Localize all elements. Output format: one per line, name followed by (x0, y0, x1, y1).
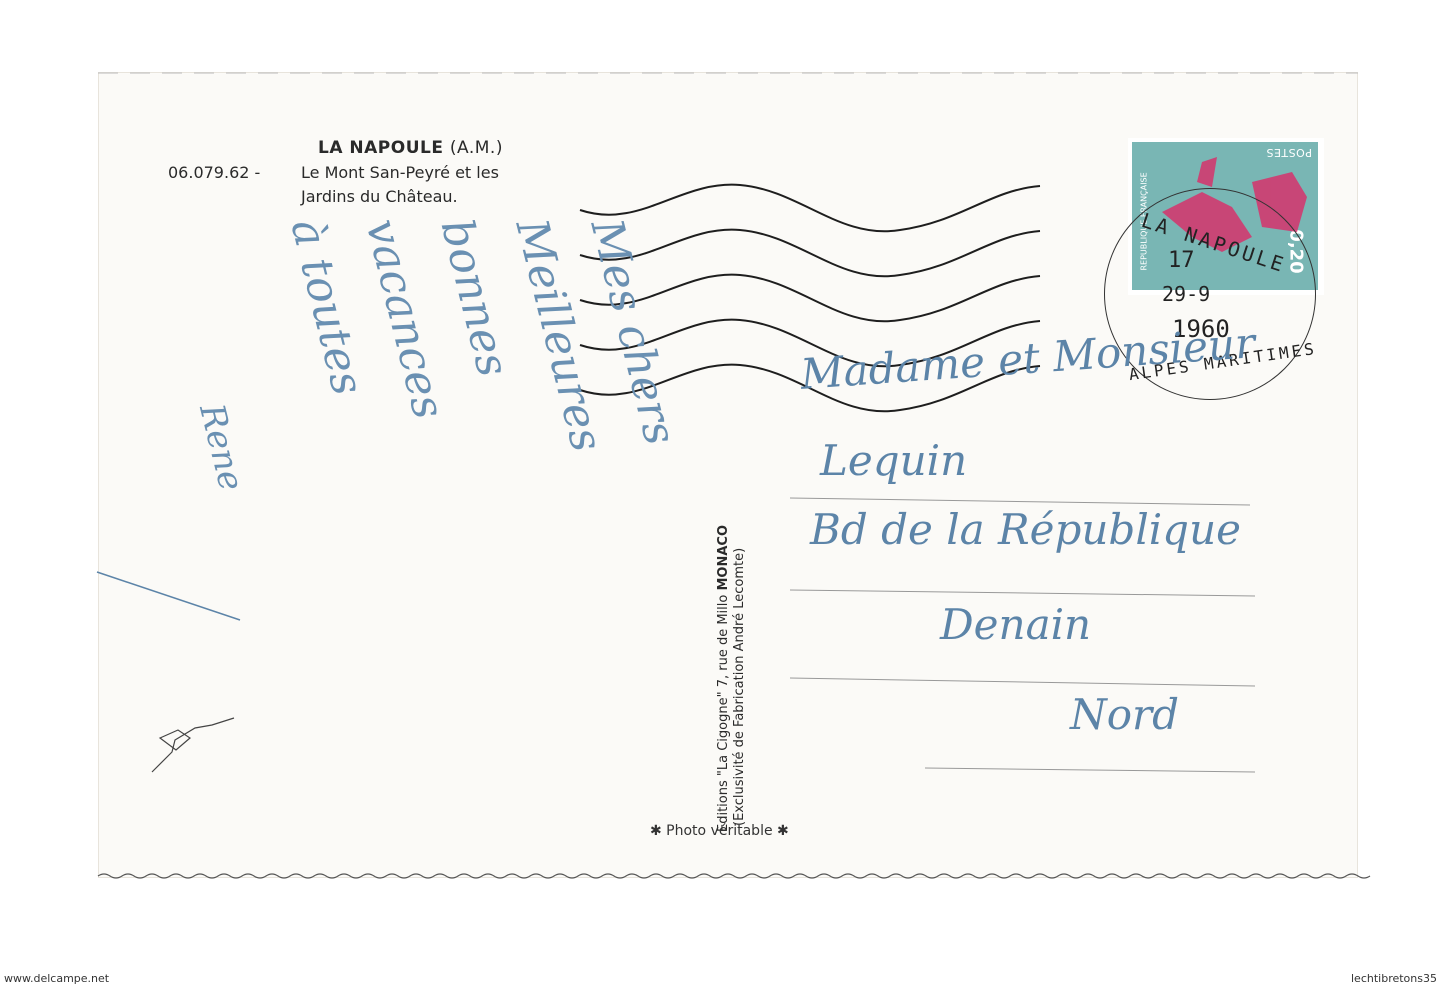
address-line: Denain (940, 600, 1091, 649)
address-line: Bd de la République (810, 505, 1241, 554)
footer-seller-name[interactable]: lechtibretons35 (1351, 972, 1437, 985)
stork-icon (152, 718, 234, 772)
photo-label: ✱ Photo véritable ✱ (650, 823, 789, 839)
address-line: Lequin (820, 436, 967, 485)
postmark-time: 17 (1168, 248, 1195, 273)
card-caption-line1: Le Mont San-Peyré et les (301, 163, 499, 182)
address-line: Nord (1070, 690, 1179, 739)
card-caption-line2: Jardins du Château. (301, 187, 458, 206)
footer-site-link[interactable]: www.delcampe.net (4, 972, 109, 985)
card-title: LA NAPOULE (A.M.) (318, 138, 503, 158)
card-reference: 06.079.62 - (168, 163, 260, 182)
postmark-date: 29-9 (1162, 282, 1210, 306)
publisher-line1: Editions "La Cigogne" 7, rue de Millo MO… (716, 525, 732, 832)
publisher-line2: (Exclusivité de Fabrication André Lecomt… (732, 548, 748, 826)
